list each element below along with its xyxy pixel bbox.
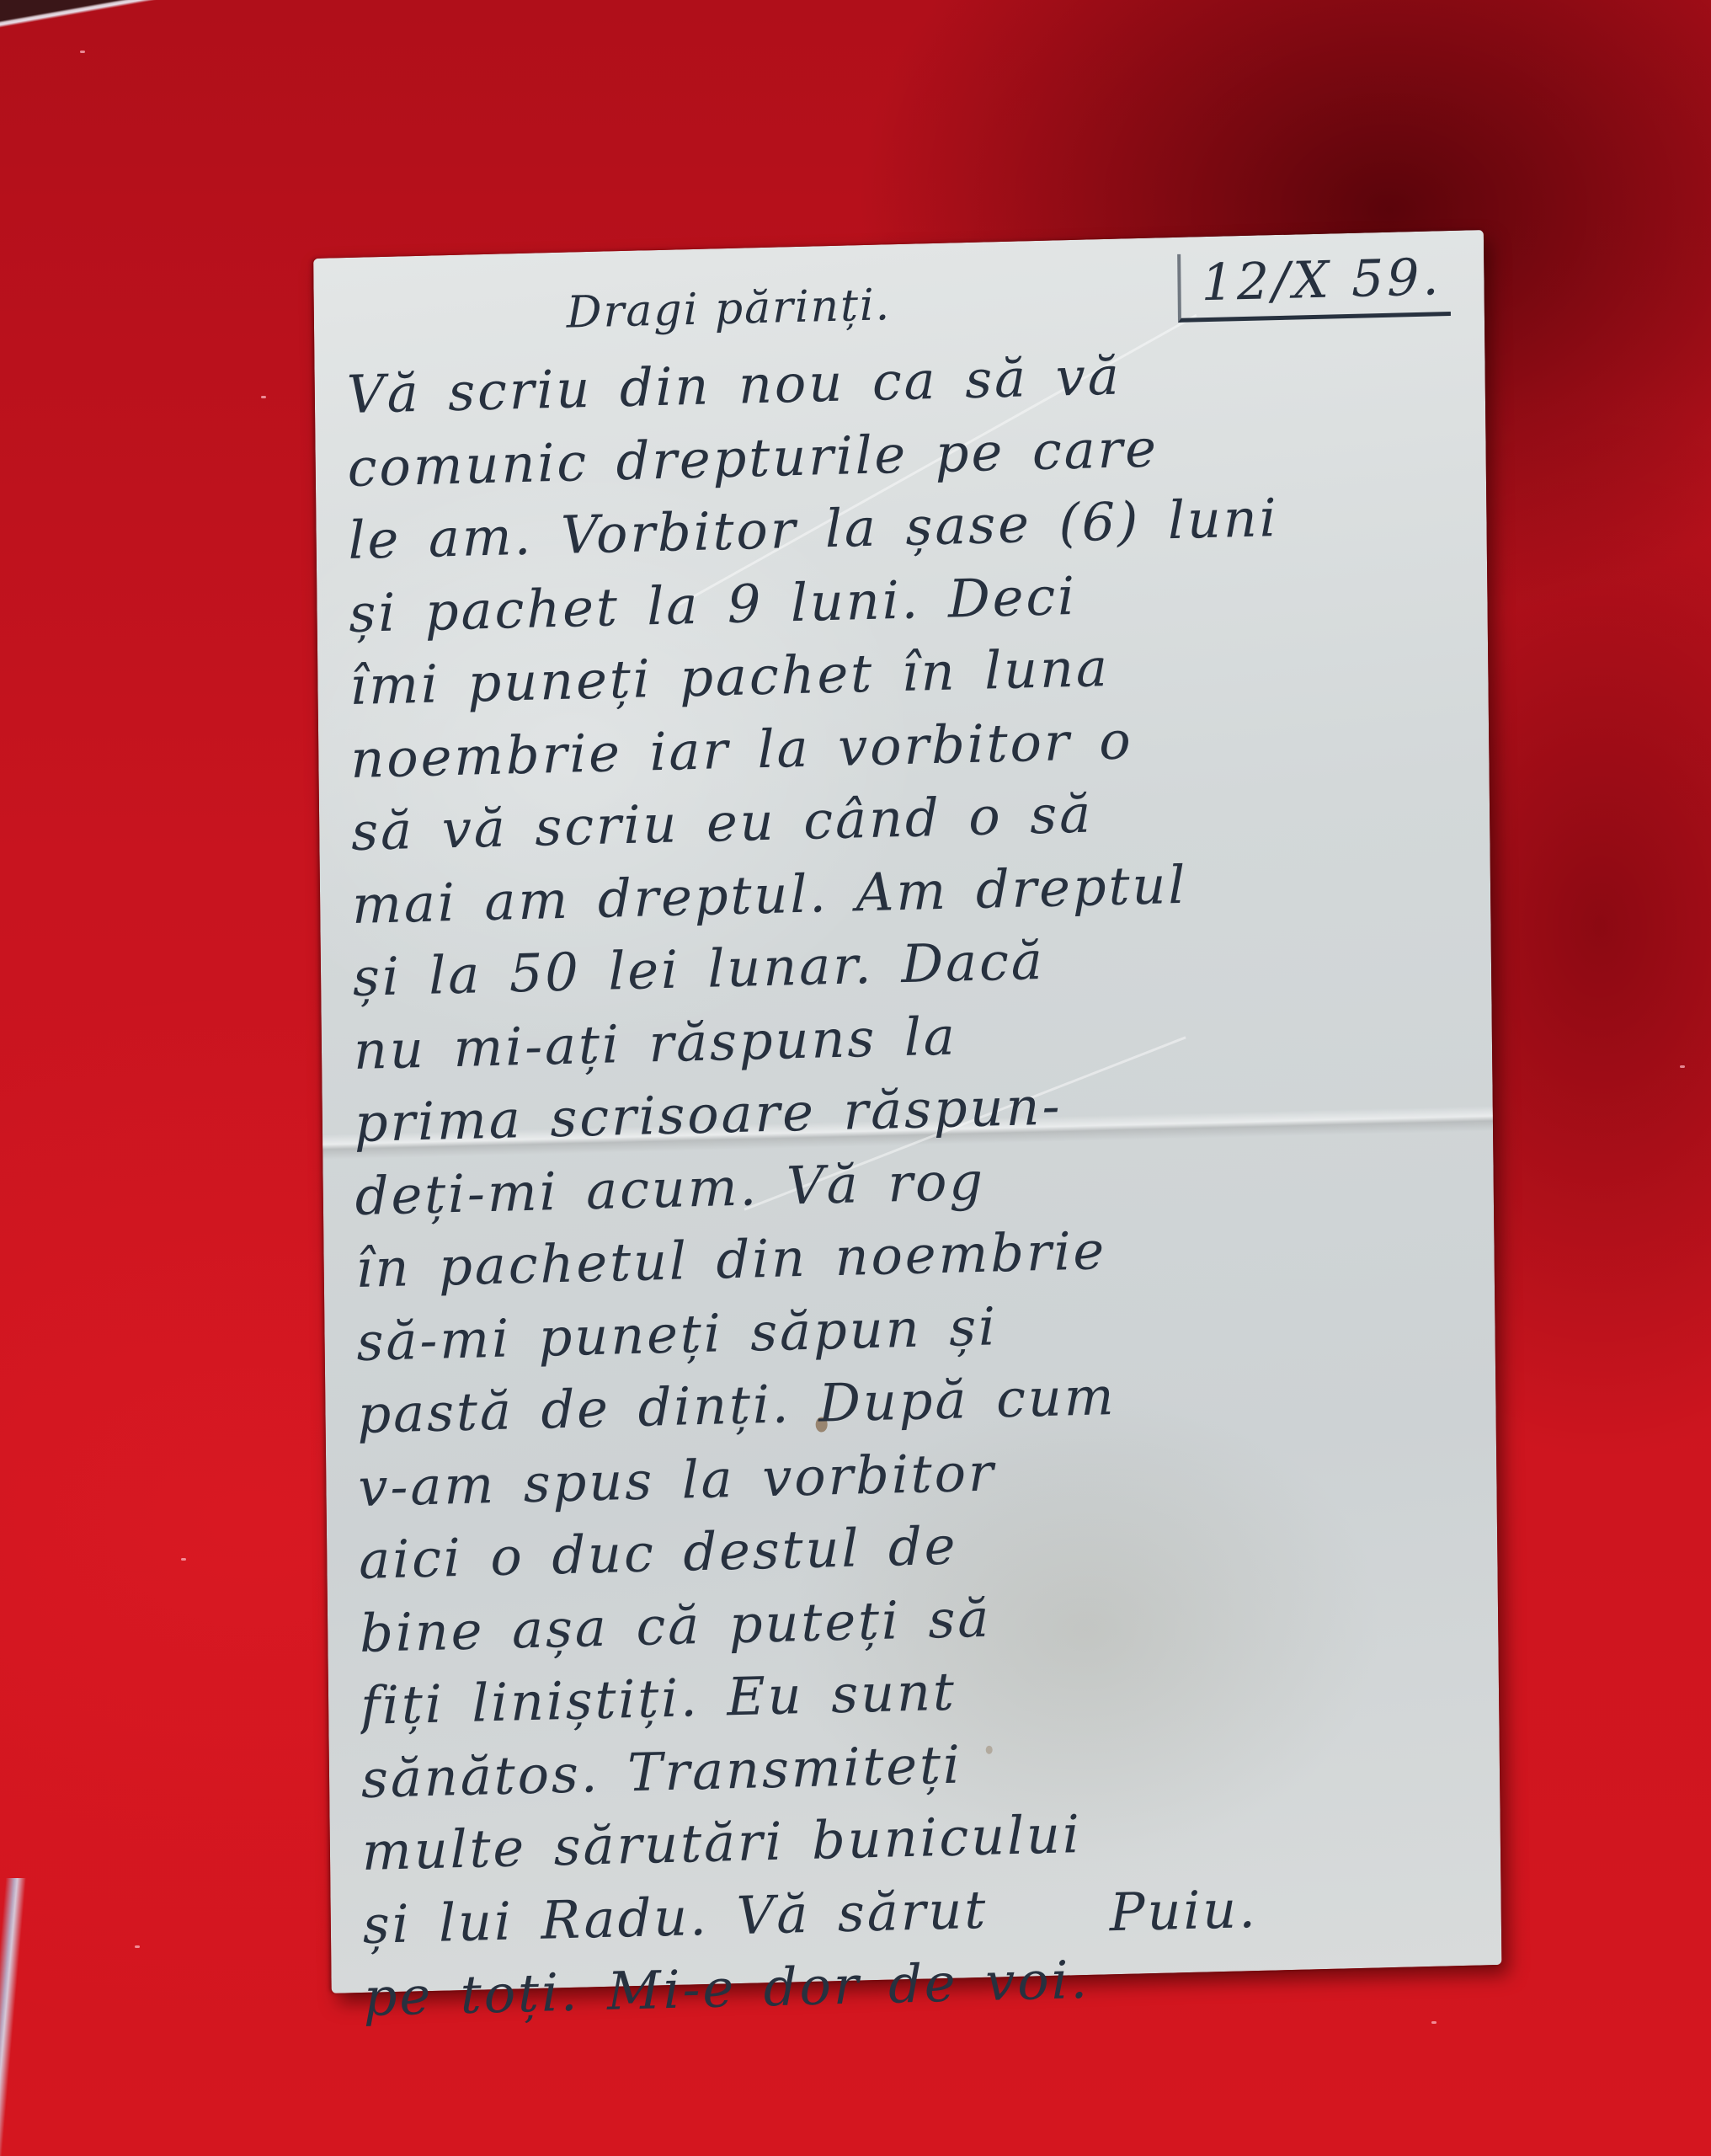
velvet-lint: [80, 51, 85, 53]
letter-signature: Puiu.: [1109, 1878, 1258, 1943]
letter-greeting: Dragi părinți.: [567, 280, 892, 338]
frame-edge: [0, 0, 202, 34]
velvet-lint: [135, 1945, 140, 1948]
velvet-lint: [181, 1558, 186, 1561]
letter-body: Vă scriu din nou ca să vă comunic dreptu…: [346, 332, 1477, 2035]
letter-card: Dragi părinți. 12/X 59. Vă scriu din nou…: [313, 230, 1501, 1993]
velvet-lint: [1680, 1065, 1685, 1068]
velvet-lint: [1431, 2021, 1436, 2024]
letter-date: 12/X 59.: [1177, 248, 1451, 323]
velvet-lint: [261, 396, 266, 398]
frame-edge: [0, 1878, 34, 2156]
